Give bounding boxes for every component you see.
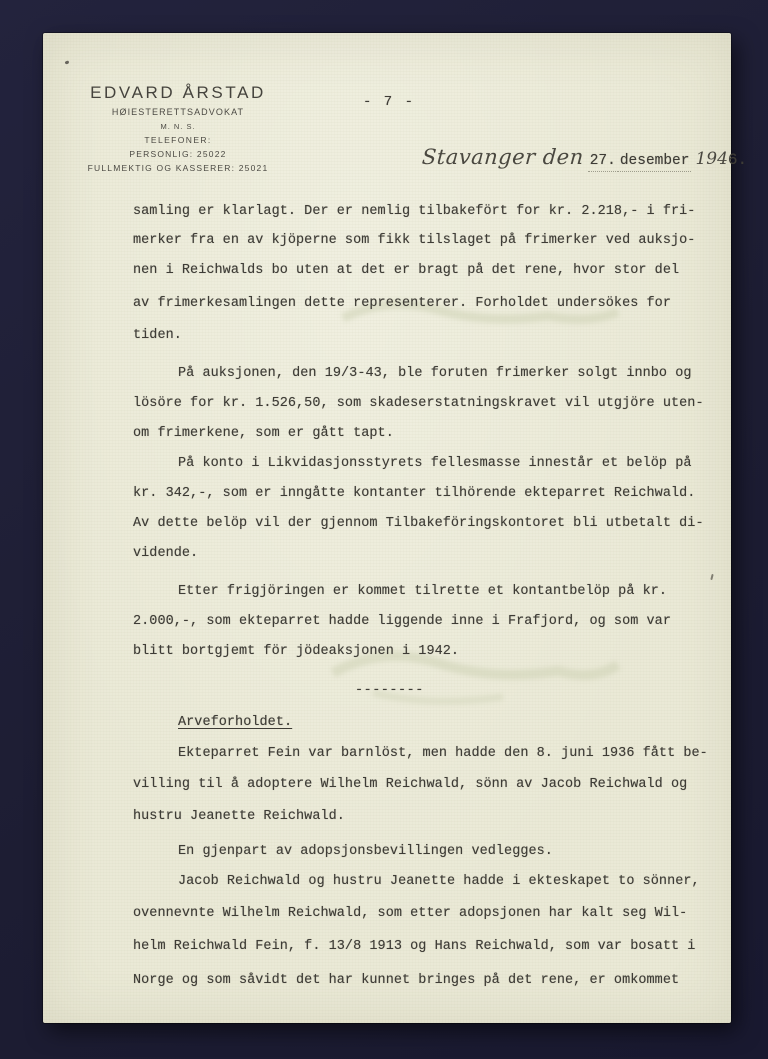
text-line: hustru Jeanette Reichwald. xyxy=(133,808,345,825)
section-heading: Arveforholdet. xyxy=(178,714,292,731)
text-line: vidende. xyxy=(133,545,198,562)
text-line: merker fra en av kjöperne som fikk tilsl… xyxy=(133,232,695,249)
text-line: Av dette belöp vil der gjennom Tilbakefö… xyxy=(133,515,704,532)
text-line: helm Reichwald Fein, f. 13/8 1913 og Han… xyxy=(133,938,695,955)
text-line: tiden. xyxy=(133,327,182,344)
text-line: Etter frigjöringen er kommet tilrette et… xyxy=(178,583,667,600)
text-line: lösöre for kr. 1.526,50, som skadesersta… xyxy=(133,395,704,412)
text-line: Norge og som såvidt det har kunnet bring… xyxy=(133,972,679,989)
ink-speck xyxy=(65,60,70,64)
text-line: En gjenpart av adopsjonsbevillingen vedl… xyxy=(178,843,553,860)
text-line: 2.000,-, som ekteparret hadde liggende i… xyxy=(133,613,671,630)
text-line: nen i Reichwalds bo uten at det er bragt… xyxy=(133,262,679,279)
text-line: Jacob Reichwald og hustru Jeanette hadde… xyxy=(178,873,700,890)
text-line: På konto i Likvidasjonsstyrets fellesmas… xyxy=(178,455,692,472)
text-line: blitt bortgjemt för jödeaksjonen i 1942. xyxy=(133,643,459,660)
document-page: EDVARD ÅRSTAD HØIESTERETTSADVOKAT M. N. … xyxy=(43,33,731,1023)
dateline-year-typed: 6. xyxy=(728,151,747,169)
text-line: Ekteparret Fein var barnlöst, men hadde … xyxy=(178,745,708,762)
scan-backdrop: EDVARD ÅRSTAD HØIESTERETTSADVOKAT M. N. … xyxy=(0,0,768,1059)
text-line: av frimerkesamlingen dette representerer… xyxy=(133,295,671,312)
text-line: villing til å adoptere Wilhelm Reichwald… xyxy=(133,776,687,793)
text-line: kr. 342,-, som er inngåtte kontanter til… xyxy=(133,485,695,502)
document-body: samling er klarlagt. Der er nemlig tilba… xyxy=(133,33,723,1023)
text-line: samling er klarlagt. Der er nemlig tilba… xyxy=(133,203,695,220)
text-line: På auksjonen, den 19/3-43, ble foruten f… xyxy=(178,365,692,382)
text-line: ovennevnte Wilhelm Reichwald, som etter … xyxy=(133,905,687,922)
dash-separator: -------- xyxy=(355,683,424,698)
text-line: om frimerkene, som er gått tapt. xyxy=(133,425,394,442)
